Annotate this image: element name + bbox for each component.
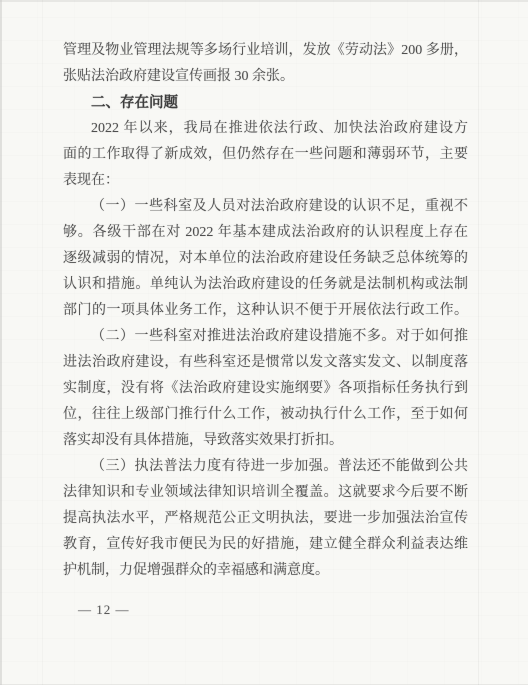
text-line: 张贴法治政府建设宣传画报 30 余张。 (63, 64, 468, 90)
text-line: 2022 年以来，我局在推进依法行政、加快法治政府建设方 (63, 116, 468, 142)
text-line: 落实却没有具体措施，导致落实效果打折扣。 (63, 428, 468, 454)
text-line: （一）一些科室及人员对法治政府建设的认识不足，重视不 (63, 194, 468, 220)
document-text-block: 管理及物业管理法规等多场行业培训，发放《劳动法》200 多册，张贴法治政府建设宣… (63, 38, 468, 584)
text-line: 法律知识和专业领域法律知识培训全覆盖。这就要求今后要不断 (63, 480, 468, 506)
text-line: 教育，宣传好我市便民为民的好措施，建立健全群众利益表达维 (63, 532, 468, 558)
text-line: 位，往往上级部门推行什么工作，被动执行什么工作，至于如何 (63, 402, 468, 428)
scan-artifact-line (478, 0, 479, 685)
text-line: 逐级减弱的情况，对本单位的法治政府建设任务缺乏总体统筹的 (63, 246, 468, 272)
scan-artifact-line (42, 0, 43, 685)
text-line: 提高执法水平，严格规范公正文明执法，要进一步加强法治宣传 (63, 506, 468, 532)
text-line: （三）执法普法力度有待进一步加强。普法还不能做到公共 (63, 454, 468, 480)
text-line: 进法治政府建设，有些科室还是惯常以发文落实发文、以制度落 (63, 350, 468, 376)
text-line: 实制度，没有将《法治政府建设实施纲要》各项指标任务执行到 (63, 376, 468, 402)
text-line: 面的工作取得了新成效，但仍然存在一些问题和薄弱环节，主要 (63, 142, 468, 168)
scanned-document-screenshot: { "page": { "colors": { "paper": "#f8f8f… (0, 0, 528, 685)
text-line: 部门的一项具体业务工作，这种认识不便于开展依法行政工作。 (63, 298, 468, 324)
text-line: 管理及物业管理法规等多场行业培训，发放《劳动法》200 多册， (63, 38, 468, 64)
text-line: （二）一些科室对推进法治政府建设措施不多。对于如何推 (63, 324, 468, 350)
text-line: 够。各级干部在对 2022 年基本建成法治政府的认识程度上存在 (63, 220, 468, 246)
text-line: 护机制，力促增强群众的幸福感和满意度。 (63, 558, 468, 584)
page-number: — 12 — (78, 599, 130, 621)
text-line: 表现在： (63, 168, 468, 194)
document-page: 管理及物业管理法规等多场行业培训，发放《劳动法》200 多册，张贴法治政府建设宣… (0, 0, 528, 685)
section-heading: 二、存在问题 (63, 90, 468, 116)
text-line: 认识和措施。单纯认为法治政府建设的任务就是法制机构或法制 (63, 272, 468, 298)
